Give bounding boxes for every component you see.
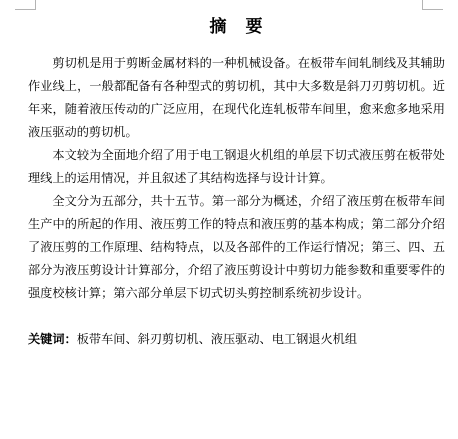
document-page: 摘 要 剪切机是用于剪断金属材料的一种机械设备。在板带车间轧制线及其辅助作业线上… <box>0 0 458 439</box>
abstract-paragraph-3: 全文分为五部分，共十五节。第一部分为概述，介绍了液压剪在板带车间生产中的所起的作… <box>28 190 445 305</box>
abstract-content: 摘 要 剪切机是用于剪断金属材料的一种机械设备。在板带车间轧制线及其辅助作业线上… <box>28 14 445 351</box>
abstract-paragraph-2: 本文较为全面地介绍了用于电工钢退火机组的单层下切式液压剪在板带处理线上的运用情况… <box>28 144 445 190</box>
abstract-title: 摘 要 <box>28 14 445 40</box>
keywords-label: 关键词： <box>28 332 77 346</box>
abstract-paragraph-1: 剪切机是用于剪断金属材料的一种机械设备。在板带车间轧制线及其辅助作业线上，一般都… <box>28 52 445 144</box>
keywords-line: 关键词：板带车间、斜刃剪切机、液压驱动、电工钢退火机组 <box>28 328 445 351</box>
text-boundary-mark-top-left <box>15 0 36 10</box>
keywords-text: 板带车间、斜刃剪切机、液压驱动、电工钢退火机组 <box>77 332 357 346</box>
text-boundary-mark-top-right <box>422 0 443 10</box>
